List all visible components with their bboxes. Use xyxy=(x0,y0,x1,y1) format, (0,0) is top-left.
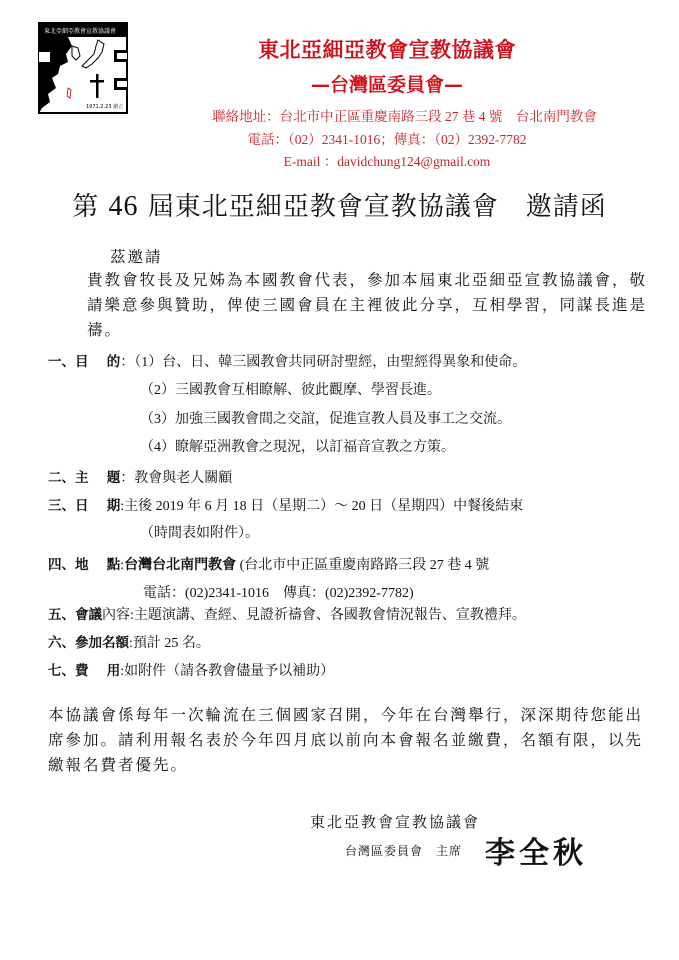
signature-org: 東北亞教會宣教協議會 xyxy=(310,811,480,832)
signature-role: 台灣區委員會 主席 xyxy=(345,842,462,859)
contact-phone-fax: 電話：（02）2341-1016；傳真：（02）2392-7782 xyxy=(0,128,679,148)
committee-name: —台灣區委員會— xyxy=(0,70,679,97)
item-fee-label: 七、費 用 xyxy=(48,663,120,679)
item-quota-value: 預計 25 名。 xyxy=(133,636,210,651)
page-title: 第 46 屆東北亞細亞教會宣教協議會 邀請函 xyxy=(0,186,679,223)
item-theme-value: 教會與老人關顧 xyxy=(134,471,232,486)
purpose-point-2: （2）三國教會互相瞭解、彼此觀摩、學習長進。 xyxy=(140,379,441,399)
item-quota: 六、參加名額:預計 25 名。 xyxy=(48,631,210,652)
closing-paragraph: 本協議會係每年一次輪流在三個國家召開，今年在台灣舉行，深深期待您能出席參加。請利… xyxy=(48,703,648,778)
item-content-label-suffix: 內容 xyxy=(102,608,130,623)
item-fee: 七、費 用:如附件（請各教會儘量予以補助） xyxy=(48,659,334,680)
title-number: 46 xyxy=(109,191,139,222)
signature-name: 李全秋 xyxy=(485,828,587,872)
intro-paragraph: 貴教會牧長及兄姊為本國教會代表，參加本屆東北亞細亞宣教協議會，敬請樂意參與贊助，… xyxy=(87,268,647,343)
item-quota-label: 六、參加名額 xyxy=(48,635,129,651)
item-date-label: 三、日 期 xyxy=(48,498,120,514)
item-theme: 二、主 題：教會與老人關顧 xyxy=(48,466,232,487)
item-content-label: 五、會議 xyxy=(48,607,102,623)
item-content-value: 主題演講、查經、見證祈禱會、各國教會情況報告、宣教禮拜。 xyxy=(134,608,526,623)
venue-contact: 電話：(02)2341-1016 傳真：(02)2392-7782) xyxy=(143,582,414,602)
item-date: 三、日 期:主後 2019 年 6 月 18 日（星期二）～ 20 日（星期四）… xyxy=(48,494,523,515)
contact-email[interactable]: E-mail ：davidchung124@gmail.com xyxy=(0,150,679,170)
item-venue: 四、地 點:台灣台北南門教會 (台北市中正區重慶南路路三段 27 巷 4 號 xyxy=(48,553,489,574)
title-text: 屆東北亞細亞教會宣教協議會 邀請函 xyxy=(148,192,607,222)
greeting: 茲邀請 xyxy=(110,245,163,270)
item-date-value: 主後 2019 年 6 月 18 日（星期二）～ 20 日（星期四）中餐後結束 xyxy=(124,499,523,514)
label-separator: ： xyxy=(120,355,134,370)
label-separator: ： xyxy=(120,471,134,486)
title-prefix: 第 xyxy=(72,192,99,222)
item-date-note: （時間表如附件）。 xyxy=(140,522,259,542)
purpose-point-4: （4）瞭解亞洲教會之現況，以訂福音宣教之方策。 xyxy=(140,436,455,456)
venue-name: 台灣台北南門教會 xyxy=(124,557,236,573)
item-content: 五、會議內容:主題演講、查經、見證祈禱會、各國教會情況報告、宣教禮拜。 xyxy=(48,603,526,624)
item-purpose: 一、目 的：（1）台、日、韓三國教會共同研討聖經，由聖經得異象和使命。 xyxy=(48,350,526,371)
purpose-point-3: （3）加強三國教會間之交誼，促進宣教人員及事工之交流。 xyxy=(140,408,511,428)
item-venue-label: 四、地 點 xyxy=(48,557,120,573)
contact-address: 聯絡地址：台北市中正區重慶南路三段 27 巷 4 號 台北南門教會 xyxy=(0,105,679,125)
org-name: 東北亞細亞教會宣教協議會 xyxy=(0,34,679,64)
purpose-point-1: （1）台、日、韓三國教會共同研討聖經，由聖經得異象和使命。 xyxy=(134,355,526,370)
item-purpose-label: 一、目 的 xyxy=(48,354,120,370)
item-theme-label: 二、主 題 xyxy=(48,470,120,486)
venue-address: (台北市中正區重慶南路路三段 27 巷 4 號 xyxy=(236,558,489,573)
item-fee-value: 如附件（請各教會儘量予以補助） xyxy=(124,664,334,679)
